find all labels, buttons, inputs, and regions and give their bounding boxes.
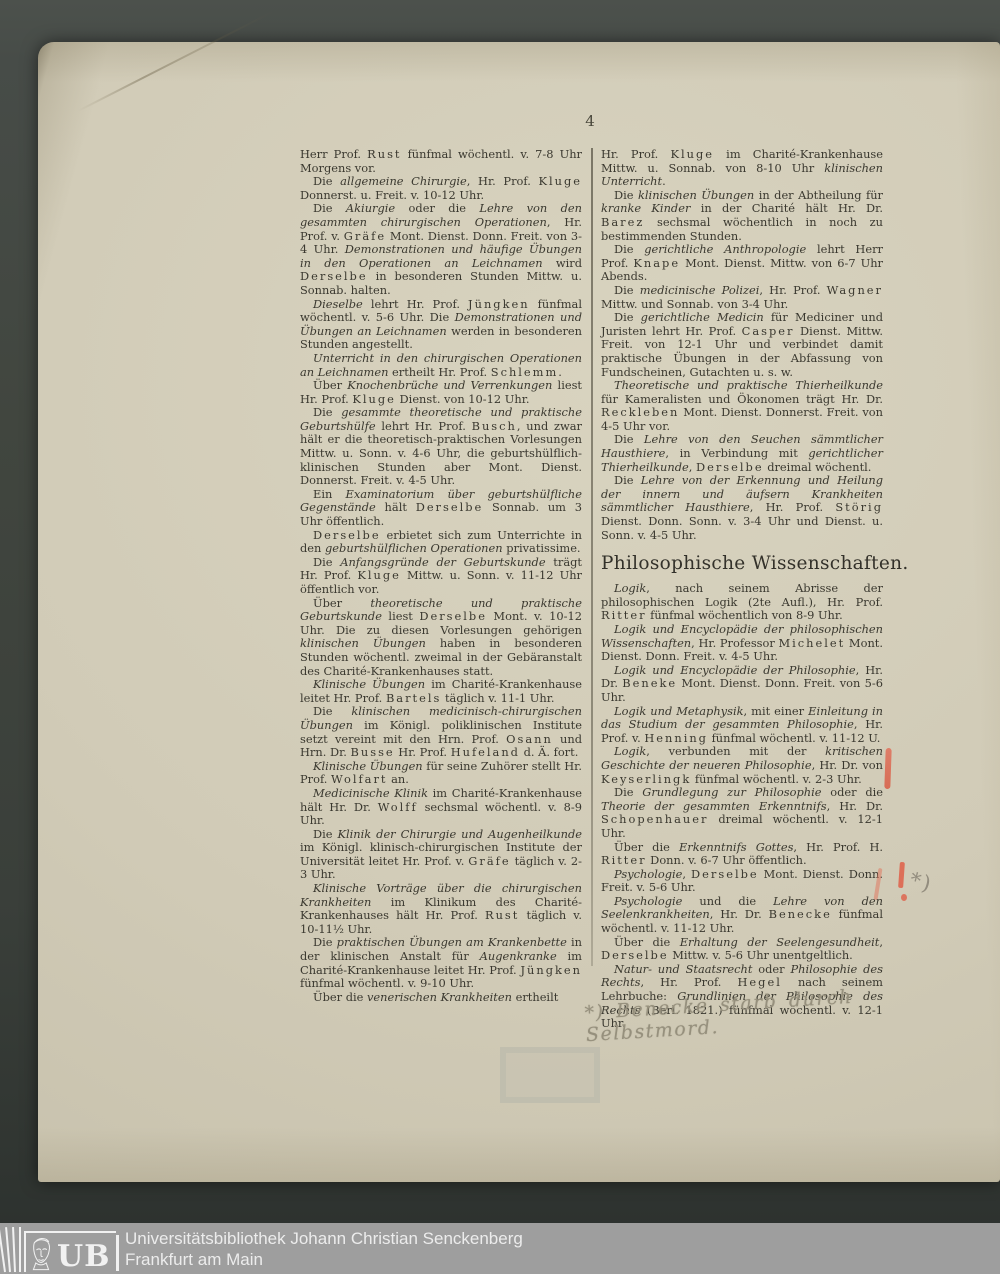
pencil-asterisk-mark: *) bbox=[907, 868, 935, 897]
paragraph: Die gerichtliche Anthropologie lehrt Her… bbox=[601, 243, 883, 284]
paper-crease bbox=[78, 10, 275, 112]
paragraph: Die praktischen Übungen am Krankenbette … bbox=[300, 936, 582, 990]
red-exclamation-stroke bbox=[898, 862, 905, 888]
paragraph: Dieselbe lehrt Hr. Prof. Jüngken fünfmal… bbox=[300, 298, 582, 352]
ub-logo: UB bbox=[24, 1231, 116, 1272]
portrait-icon bbox=[27, 1236, 55, 1272]
column-divider bbox=[591, 148, 593, 966]
paragraph: Hr. Prof. Kluge im Charité-Krankenhause … bbox=[601, 148, 883, 189]
library-city: Frankfurt am Main bbox=[125, 1249, 523, 1270]
page-number: 4 bbox=[575, 112, 605, 130]
red-exclamation-dot bbox=[901, 894, 907, 901]
paragraph: Über die venerischen Krankheiten ertheil… bbox=[300, 991, 582, 1005]
library-name-block: Universitätsbibliothek Johann Christian … bbox=[125, 1228, 523, 1270]
paragraph: Die Lehre von den Seuchen sämmtlicher Ha… bbox=[601, 433, 883, 474]
book-pages-icon bbox=[5, 1227, 11, 1272]
paragraph: Die gerichtliche Medicin für Mediciner u… bbox=[601, 311, 883, 379]
paragraph: Die klinischen medicinisch-chirurgischen… bbox=[300, 705, 582, 759]
paragraph: Logik, nach seinem Abrisse der philosoph… bbox=[601, 582, 883, 623]
paragraph: Medicinische Klinik im Charité-Krankenha… bbox=[300, 787, 582, 828]
red-margin-stroke bbox=[884, 748, 891, 789]
paragraph: Die medicinische Polizei, Hr. Prof. Wagn… bbox=[601, 284, 883, 311]
library-footer-bar: UB Universitätsbibliothek Johann Christi… bbox=[0, 1223, 1000, 1274]
paragraph: Logik und Encyclopädie der philosophisch… bbox=[601, 623, 883, 664]
paragraph: Die Lehre von der Erkennung und Heilung … bbox=[601, 474, 883, 542]
left-column: Herr Prof. Rust fünfmal wöchentl. v. 7-8… bbox=[300, 148, 582, 1004]
library-name: Universitätsbibliothek Johann Christian … bbox=[125, 1228, 523, 1249]
paragraph: Die Grundlegung zur Philosophie oder die… bbox=[601, 786, 883, 840]
paragraph: Psychologie, Derselbe Mont. Dienst. Donn… bbox=[601, 868, 883, 895]
paragraph: Die klinischen Übungen in der Abtheilung… bbox=[601, 189, 883, 243]
paragraph: Die Klinik der Chirurgie und Augenheilku… bbox=[300, 828, 582, 882]
paragraph: Psychologie und die Lehre von den Seelen… bbox=[601, 895, 883, 936]
paragraph: Logik und Encyclopädie der Philosophie, … bbox=[601, 664, 883, 705]
ub-logo-text: UB bbox=[57, 1242, 111, 1272]
right-column: Hr. Prof. Kluge im Charité-Krankenhause … bbox=[601, 148, 883, 1031]
paragraph: Über Knochenbrüche und Verrenkungen lies… bbox=[300, 379, 582, 406]
scanned-page: 4 Herr Prof. Rust fünfmal wöchentl. v. 7… bbox=[38, 42, 1000, 1182]
paragraph: Die Anfangsgründe der Geburtskunde trägt… bbox=[300, 556, 582, 597]
paragraph: Unterricht in den chirurgischen Operatio… bbox=[300, 352, 582, 379]
paragraph: Derselbe erbietet sich zum Unterrichte i… bbox=[300, 529, 582, 556]
paragraph: Die gesammte theoretische und praktische… bbox=[300, 406, 582, 488]
paragraph: Theoretische und praktische Thierheilkun… bbox=[601, 379, 883, 433]
paragraph: Klinische Übungen im Charité-Krankenhaus… bbox=[300, 678, 582, 705]
paragraph: Die allgemeine Chirurgie, Hr. Prof. Klug… bbox=[300, 175, 582, 202]
paragraph: Über die Erkenntnifs Gottes, Hr. Prof. H… bbox=[601, 841, 883, 868]
paragraph: Herr Prof. Rust fünfmal wöchentl. v. 7-8… bbox=[300, 148, 582, 175]
stamp-showthrough bbox=[500, 1047, 600, 1103]
paragraph: Über die Erhaltung der Seelengesundheit,… bbox=[601, 936, 883, 963]
section-heading: Philosophische Wissenschaften. bbox=[601, 552, 883, 576]
paragraph: Logik, verbunden mit der kritischen Gesc… bbox=[601, 745, 883, 786]
book-pages-icon bbox=[12, 1227, 16, 1272]
paragraph: Klinische Vorträge über die chirurgische… bbox=[300, 882, 582, 936]
paragraph: Logik und Metaphysik, mit einer Einleitu… bbox=[601, 705, 883, 746]
book-pages-icon bbox=[19, 1227, 21, 1272]
paragraph: Die Akiurgie oder die Lehre von den gesa… bbox=[300, 202, 582, 297]
paragraph: Klinische Übungen für seine Zuhörer stel… bbox=[300, 760, 582, 787]
paragraph: Ein Examinatorium über geburtshülfliche … bbox=[300, 488, 582, 529]
logo-divider-bar bbox=[116, 1235, 119, 1271]
paragraph: Über theoretische und praktische Geburts… bbox=[300, 597, 582, 679]
